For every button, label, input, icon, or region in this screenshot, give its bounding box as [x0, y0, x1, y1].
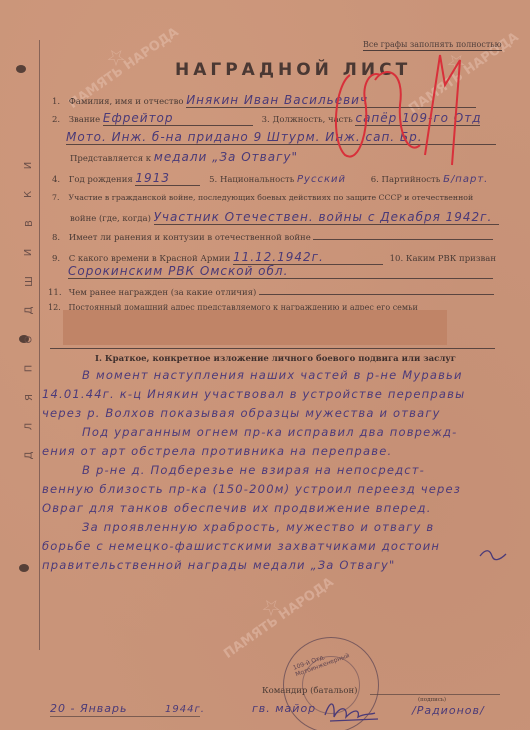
field-number: 1.: [52, 97, 66, 107]
field-label: Каким РВК призван: [406, 254, 496, 264]
field-label: Фамилия, имя и отчество: [69, 97, 184, 107]
end-flourish: [478, 548, 508, 562]
field-value: медали „За Отвагу": [154, 150, 298, 164]
redacted-address: [63, 310, 447, 345]
story-line: ения от арт обстрела противника на переп…: [42, 442, 512, 461]
side-letter: П: [24, 365, 35, 373]
side-letter: В: [24, 220, 35, 227]
date-day-month: 20 - Январь: [50, 702, 127, 715]
side-letter: И: [23, 249, 34, 256]
side-letter: Ш: [23, 276, 34, 287]
story-line: Под ураганным огнем пр-ка исправил два п…: [42, 423, 512, 442]
signature-line: [370, 694, 500, 695]
story-line: через р. Волхов показывая образцы мужест…: [42, 404, 512, 423]
field-number: 8.: [52, 233, 66, 243]
field-number: 11.: [48, 288, 66, 298]
margin-line: [39, 40, 40, 650]
field-war-participation: 7. Участие в гражданской войне, последую…: [52, 193, 473, 202]
field-number: 5.: [209, 175, 217, 185]
red-pencil-mark: [330, 45, 480, 175]
field-value-line: [259, 286, 494, 295]
date-line: [50, 716, 200, 717]
side-letter: Д: [24, 452, 35, 460]
field-label: Звание: [69, 115, 101, 125]
story-line: За проявленную храбрость, мужество и отв…: [42, 518, 512, 537]
field-draft-office: Сорокинским РВК Омской обл.: [68, 264, 493, 279]
field-number: 7.: [52, 193, 66, 202]
field-number: 3.: [262, 115, 270, 125]
field-value: Русский: [297, 174, 346, 185]
field-label: Партийность: [382, 175, 441, 185]
binding-hole: [16, 65, 26, 73]
field-value: Б/парт.: [443, 174, 488, 185]
story-line: В момент наступления наших частей в р-не…: [42, 366, 512, 385]
story-line: 14.01.44г. к-ц Инякин участвовал в устро…: [42, 385, 512, 404]
signature-caption: (подпись): [418, 697, 446, 703]
field-label: С какого времени в Красной Армии: [69, 254, 231, 264]
commander-rank: гв. майор: [252, 702, 316, 715]
field-label: Год рождения: [69, 175, 133, 185]
field-value: Сорокинским РВК Омской обл.: [68, 264, 493, 279]
field-value: Участник Отечествен. войны с Декабря 194…: [154, 210, 499, 225]
story-line: правительственной награды медали „За Отв…: [42, 556, 512, 575]
commander-signature: [320, 695, 380, 725]
field-value: 1913: [135, 171, 200, 186]
side-letter: Л: [24, 423, 35, 431]
side-letter: О: [24, 336, 35, 344]
side-letter: И: [23, 162, 34, 169]
date-year: 1944г.: [165, 704, 205, 715]
story-line: венную близость пр-ка (150-200м) устроил…: [42, 480, 512, 499]
field-label: войне (где, когда): [70, 214, 151, 224]
field-value-line: [313, 231, 493, 240]
field-war-participation-continued: войне (где, когда) Участник Отечествен. …: [70, 210, 499, 225]
award-sheet-page: ИКВИШДОПЯЛД ☆ПАМЯТЬ НАРОДА ☆ПАМЯТЬ НАРОД…: [0, 0, 530, 730]
side-letter: Д: [24, 307, 35, 315]
field-number: 10.: [390, 254, 404, 264]
feat-description: В момент наступления наших частей в р-не…: [42, 366, 512, 575]
side-letter: К: [23, 191, 34, 198]
commander-name: /Радионов/: [412, 704, 485, 717]
field-value: 11.12.1942г.: [233, 250, 383, 265]
story-line: В р-не д. Подберезье не взирая на непоср…: [42, 461, 512, 480]
binding-hole: [19, 564, 29, 572]
field-number: 9.: [52, 254, 66, 264]
field-nominated-for: Представляется к медали „За Отвагу": [70, 150, 298, 164]
field-label: Представляется к: [70, 154, 151, 164]
side-vertical-text: ИКВИШДОПЯЛД: [22, 160, 36, 461]
field-value: Ефрейтор: [103, 111, 253, 126]
field-label: Национальность: [220, 175, 294, 185]
field-prior-awards: 11. Чем ранее награжден (за какие отличи…: [48, 286, 494, 298]
field-number: 4.: [52, 175, 66, 185]
section-title: I. Краткое, конкретное изложение личного…: [95, 354, 456, 364]
field-wounds: 8. Имеет ли ранения и контузии в отечест…: [52, 231, 493, 243]
story-line: Овраг для танков обеспечив их продвижени…: [42, 499, 512, 518]
field-label: Участие в гражданской войне, последующих…: [68, 193, 473, 202]
field-army-since: 9. С какого времени в Красной Армии 11.1…: [52, 250, 496, 265]
divider: [50, 348, 495, 349]
field-label: Имеет ли ранения и контузии в отечествен…: [69, 233, 311, 243]
field-label: Чем ранее награжден (за какие отличия): [69, 288, 257, 298]
story-line: борьбе с немецко-фашистскими захватчикам…: [42, 537, 512, 556]
field-number: 2.: [52, 115, 66, 125]
field-number: 6.: [371, 175, 379, 185]
side-letter: Я: [23, 394, 34, 401]
